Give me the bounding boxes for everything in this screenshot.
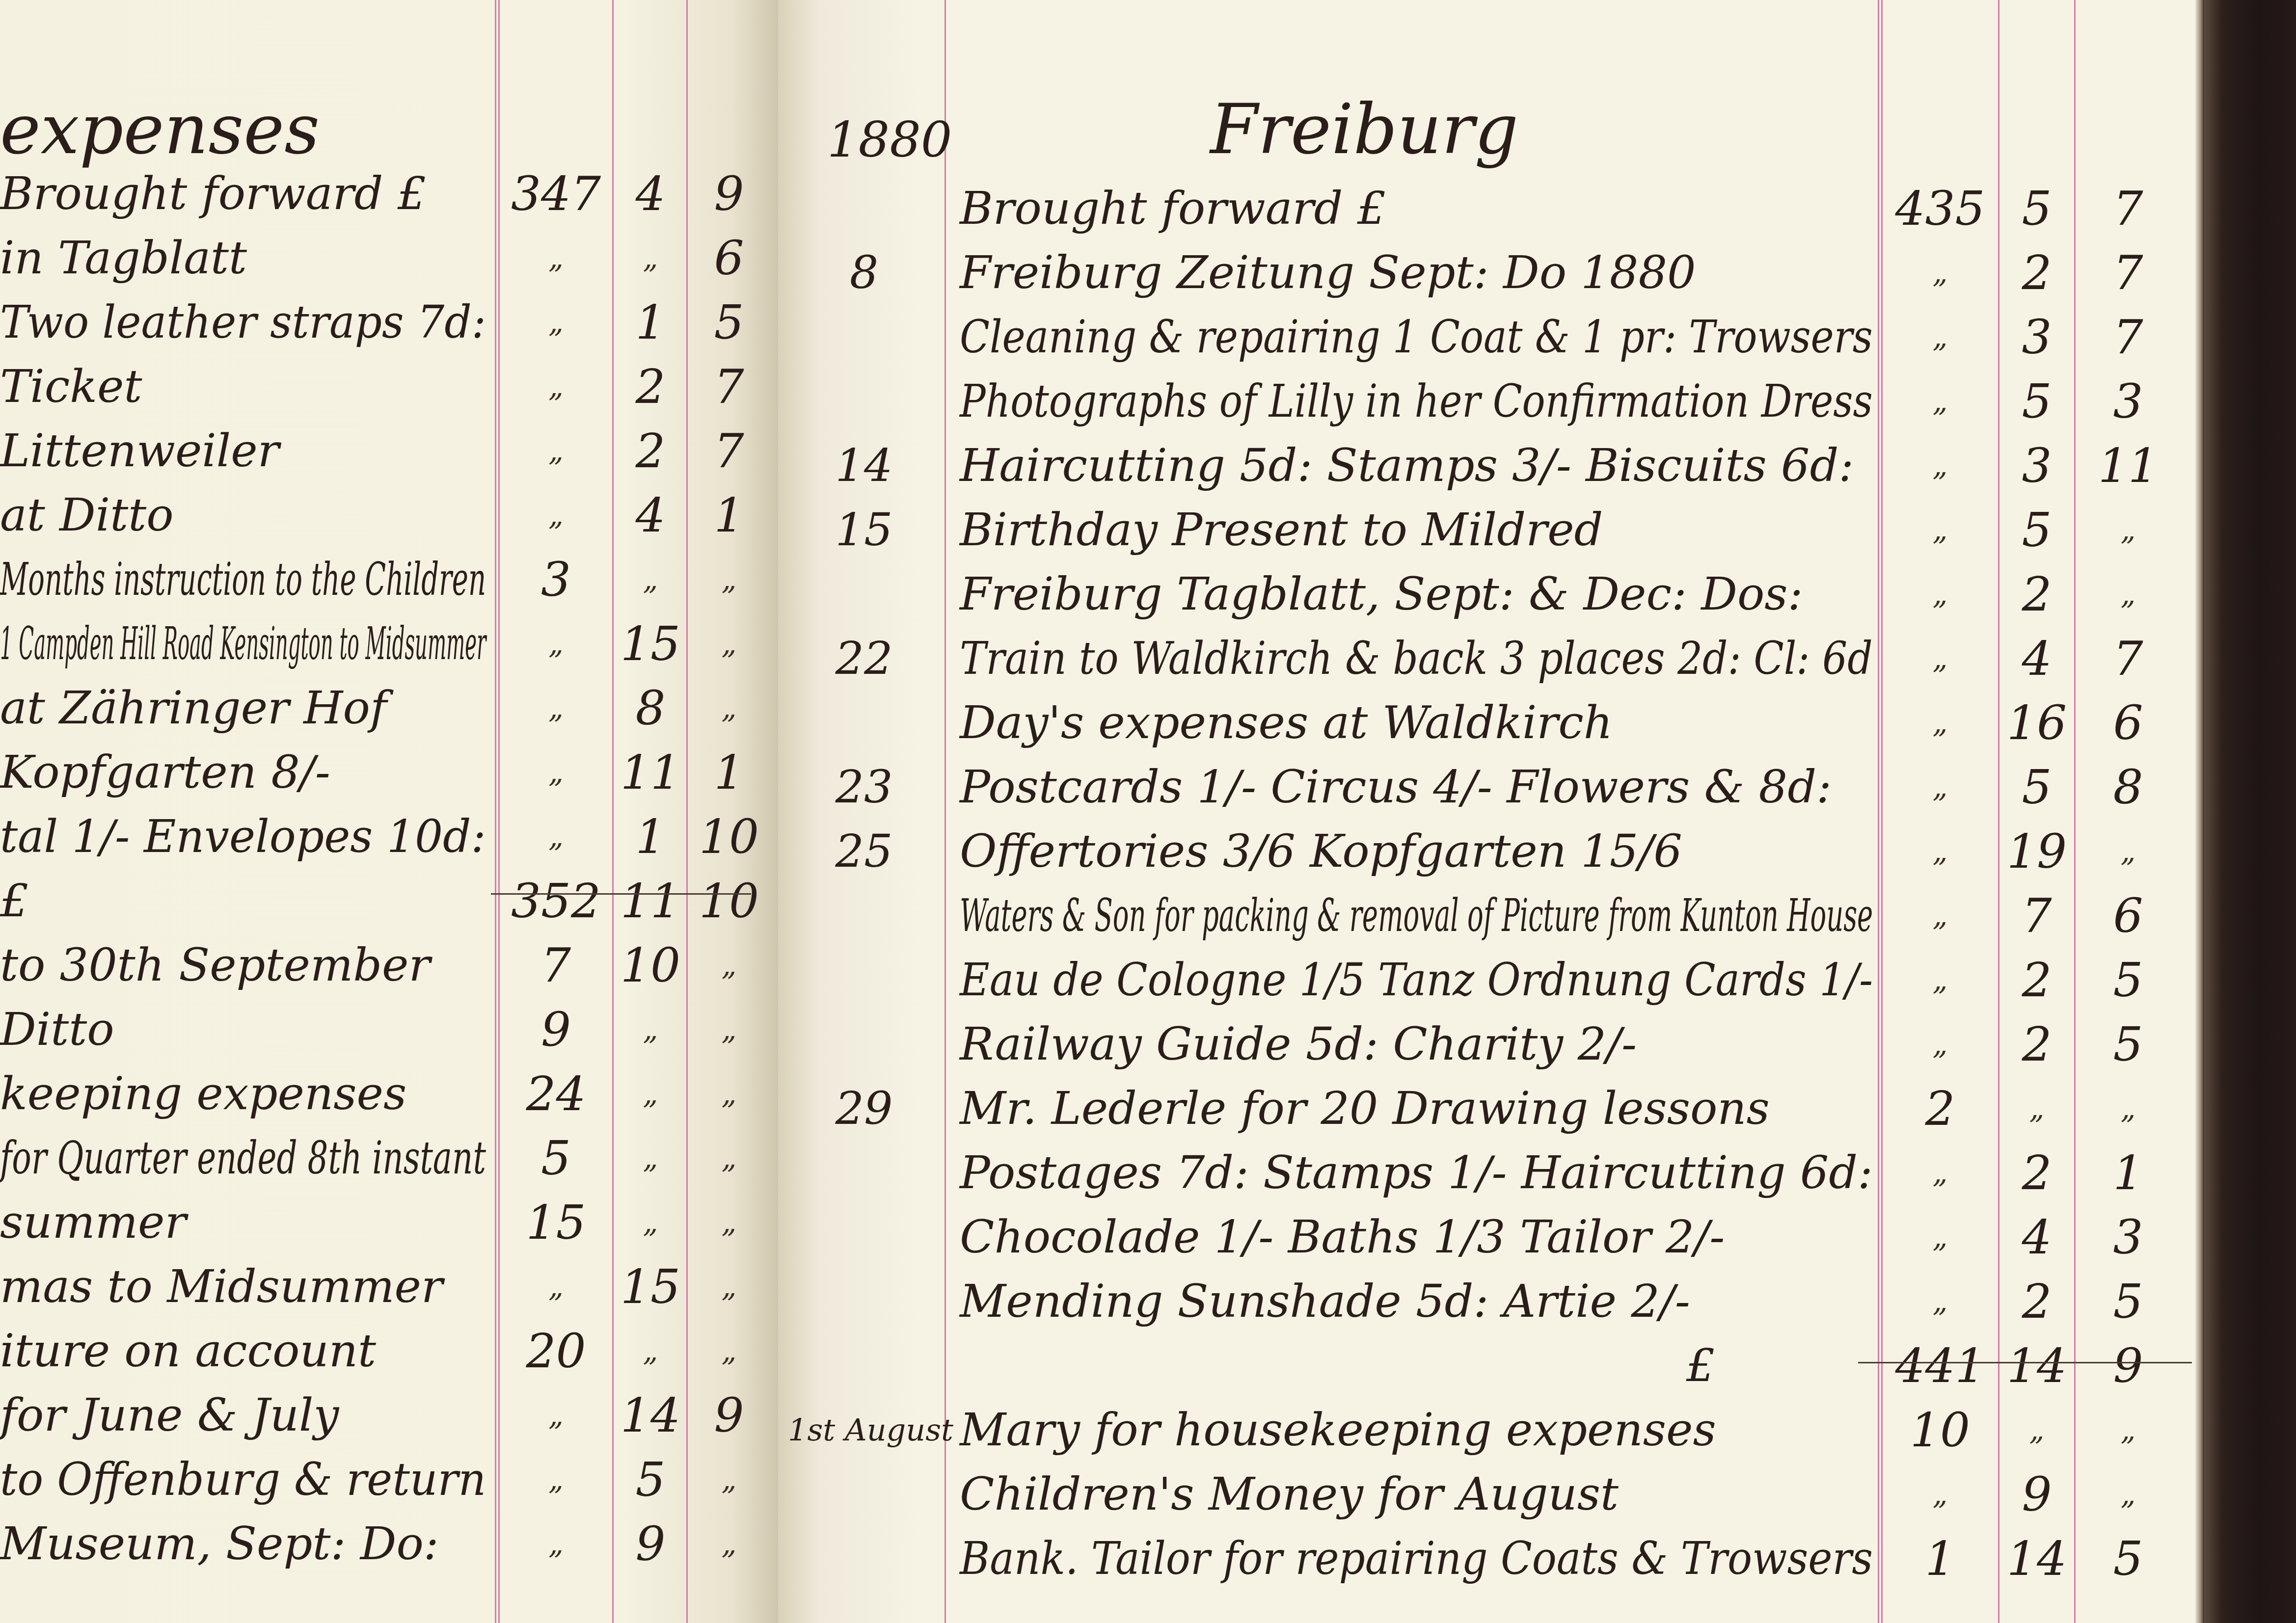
pounds-amount: „	[501, 612, 611, 676]
year-label: 1880	[827, 108, 952, 172]
entry-description: Offertories 3/6 Kopfgarten 15/6	[960, 820, 1682, 883]
shillings-amount: 7	[2000, 884, 2073, 948]
entry-date: 23	[788, 755, 940, 819]
ledger-row: Freiburg Tagblatt, Sept: & Dec: Dos:„2„	[778, 562, 2204, 626]
ledger-row: Chocolade 1/- Baths 1/3 Tailor 2/-„43	[778, 1205, 2204, 1269]
shillings-amount: 2	[2000, 1141, 2073, 1205]
shillings-amount: 5	[616, 1448, 685, 1512]
pounds-amount: 15	[501, 1191, 611, 1254]
entry-description: at Ditto	[0, 483, 174, 547]
entry-description: keeping expenses	[0, 1062, 406, 1126]
entry-description: Chocolade 1/- Baths 1/3 Tailor 2/-	[960, 1205, 1725, 1269]
ledger-row: keeping expenses24„„	[0, 1062, 778, 1126]
ledger-row: £441149	[778, 1334, 2204, 1398]
entry-description: Museum, Sept: Do:	[0, 1512, 439, 1576]
entry-description: to Offenburg & return	[0, 1448, 486, 1512]
pence-amount: 10	[690, 869, 768, 933]
pence-amount: „	[690, 1126, 768, 1190]
ledger-row: 1st AugustMary for housekeeping expenses…	[778, 1398, 2204, 1462]
pence-amount: „	[2079, 1463, 2177, 1526]
pounds-amount: 2	[1884, 1077, 1997, 1141]
pence-amount: 6	[690, 226, 768, 290]
entry-description: Littenweiler	[0, 419, 279, 483]
pounds-amount: „	[1884, 1141, 1997, 1205]
shillings-amount: 1	[616, 291, 685, 354]
ledger-row: Kopfgarten 8/-„111	[0, 741, 778, 804]
entry-description: summer	[0, 1191, 186, 1254]
pence-amount: „	[2079, 820, 2177, 883]
pence-amount: 8	[2079, 755, 2177, 819]
pounds-amount: 347	[501, 162, 611, 226]
pounds-amount: 20	[501, 1319, 611, 1383]
entry-date: 8	[788, 241, 940, 305]
pounds-amount: „	[1884, 370, 1997, 433]
entry-date: 22	[788, 627, 940, 691]
pounds-amount: „	[501, 226, 611, 290]
ledger-row: Museum, Sept: Do:„9„	[0, 1512, 778, 1576]
ledger-row: to 30th September710„	[0, 933, 778, 997]
pence-amount: 3	[2079, 370, 2177, 433]
shillings-amount: 8	[616, 676, 685, 740]
shillings-amount: 4	[616, 162, 685, 226]
pence-amount: 5	[2079, 1270, 2177, 1333]
ledger-row: 14Haircutting 5d: Stamps 3/- Biscuits 6d…	[778, 434, 2204, 498]
entry-date: 29	[788, 1077, 940, 1141]
ledger-row: 22Train to Waldkirch & back 3 places 2d:…	[778, 627, 2204, 691]
ledger-row: Mending Sunshade 5d: Artie 2/-„25	[778, 1270, 2204, 1333]
ledger-row: Children's Money for August„9„	[778, 1463, 2204, 1526]
entry-date: 1st August	[788, 1398, 940, 1462]
pounds-amount: 3	[501, 548, 611, 612]
pence-amount: „	[690, 1191, 768, 1254]
pence-amount: 5	[690, 291, 768, 354]
pounds-amount: 1	[1884, 1527, 1997, 1591]
pounds-amount: 9	[501, 998, 611, 1062]
shillings-amount: „	[616, 226, 685, 290]
pounds-amount: „	[501, 1384, 611, 1447]
pounds-amount: 441	[1884, 1334, 1997, 1398]
entry-description: Two leather straps 7d:	[0, 291, 486, 354]
ledger-row: Ticket„27	[0, 355, 778, 419]
ledger-row: for Quarter ended 8th instant5„„	[0, 1126, 778, 1190]
pence-amount: 9	[2079, 1334, 2177, 1398]
ledger-row: in Tagblatt„„6	[0, 226, 778, 290]
entry-date: 25	[788, 820, 940, 883]
pence-amount: „	[2079, 498, 2177, 562]
pence-amount: „	[690, 998, 768, 1062]
shillings-amount: 16	[2000, 691, 2073, 755]
entry-description: Brought forward £	[960, 177, 1386, 240]
ledger-row: for June & July„149	[0, 1384, 778, 1447]
pence-amount: „	[2079, 562, 2177, 626]
entry-description: Brought forward £	[0, 162, 426, 226]
shillings-amount: 2	[2000, 1270, 2073, 1333]
ledger-row: summer15„„	[0, 1191, 778, 1254]
pence-amount: „	[690, 1319, 768, 1383]
pence-amount: 11	[2079, 434, 2177, 498]
entry-date: 14	[788, 434, 940, 498]
ledger-row: Bank. Tailor for repairing Coats & Trows…	[778, 1527, 2204, 1591]
pounds-amount: „	[1884, 1012, 1997, 1076]
pence-amount: „	[690, 548, 768, 612]
pounds-amount: „	[501, 1448, 611, 1512]
ledger-row: at Ditto„41	[0, 483, 778, 547]
total-label: £	[1686, 1334, 1715, 1398]
pence-amount: 1	[690, 483, 768, 547]
shillings-amount: „	[2000, 1398, 2073, 1462]
shillings-amount: „	[616, 1062, 685, 1126]
shillings-amount: 3	[2000, 434, 2073, 498]
pounds-amount: „	[501, 419, 611, 483]
right-ledger-page: 1880 Freiburg Brought forward £435578Fre…	[778, 0, 2204, 1623]
shillings-amount: 11	[616, 869, 685, 933]
shillings-amount: 2	[2000, 562, 2073, 626]
shillings-amount: 4	[2000, 627, 2073, 691]
left-ledger-page: expenses Brought forward £34749in Tagbla…	[0, 0, 778, 1623]
shillings-amount: 2	[616, 419, 685, 483]
entry-description: mas to Midsummer	[0, 1255, 443, 1319]
page-heading-place: Freiburg	[1210, 98, 1518, 162]
pounds-amount: „	[501, 1255, 611, 1319]
pounds-amount: „	[501, 741, 611, 804]
pounds-amount: 24	[501, 1062, 611, 1126]
pounds-amount: „	[1884, 948, 1997, 1012]
pounds-amount: „	[1884, 627, 1997, 691]
entry-description: Haircutting 5d: Stamps 3/- Biscuits 6d:	[960, 434, 1854, 498]
pence-amount: 10	[690, 805, 768, 869]
shillings-amount: „	[616, 1191, 685, 1254]
ledger-row: 25Offertories 3/6 Kopfgarten 15/6„19„	[778, 820, 2204, 883]
ledger-row: 23Postcards 1/- Circus 4/- Flowers & 8d:…	[778, 755, 2204, 819]
entry-description: tal 1/- Envelopes 10d:	[0, 805, 486, 869]
book-binding	[2204, 0, 2296, 1623]
pounds-amount: „	[1884, 434, 1997, 498]
shillings-amount: 4	[2000, 1205, 2073, 1269]
pounds-amount: „	[1884, 305, 1997, 369]
pence-amount: 7	[690, 419, 768, 483]
shillings-amount: 11	[616, 741, 685, 804]
shillings-amount: 2	[2000, 241, 2073, 305]
pence-amount: „	[690, 933, 768, 997]
ledger-row: 1 Campden Hill Road Kensington to Midsum…	[0, 612, 778, 676]
shillings-amount: 14	[2000, 1527, 2073, 1591]
ledger-row: Brought forward £34749	[0, 162, 778, 226]
entry-description: Postcards 1/- Circus 4/- Flowers & 8d:	[960, 755, 1832, 819]
entry-description: Train to Waldkirch & back 3 places 2d: C…	[960, 627, 1873, 691]
total-line	[1858, 1362, 2192, 1363]
pounds-amount: „	[1884, 691, 1997, 755]
pence-amount: 7	[2079, 627, 2177, 691]
shillings-amount: 19	[2000, 820, 2073, 883]
ledger-row: Postages 7d: Stamps 1/- Haircutting 6d:„…	[778, 1141, 2204, 1205]
shillings-amount: 10	[616, 933, 685, 997]
pounds-amount: „	[1884, 241, 1997, 305]
page-edge	[2195, 0, 2204, 1623]
pounds-amount: „	[1884, 498, 1997, 562]
pence-amount: „	[690, 1255, 768, 1319]
pounds-amount: „	[501, 483, 611, 547]
entry-description: Freiburg Zeitung Sept: Do 1880	[960, 241, 1696, 305]
ledger-row: 8Freiburg Zeitung Sept: Do 1880„27	[778, 241, 2204, 305]
entry-description: for June & July	[0, 1384, 339, 1447]
shillings-amount: 2	[2000, 1012, 2073, 1076]
ledger-row: Ditto9„„	[0, 998, 778, 1062]
ledger-row: Months instruction to the Children3„„	[0, 548, 778, 612]
shillings-amount: 3	[2000, 305, 2073, 369]
pence-amount: 7	[2079, 241, 2177, 305]
entry-date: 15	[788, 498, 940, 562]
ledger-row: 29Mr. Lederle for 20 Drawing lessons2„„	[778, 1077, 2204, 1141]
pounds-amount: „	[1884, 884, 1997, 948]
shillings-amount: 5	[2000, 370, 2073, 433]
pounds-amount: „	[501, 291, 611, 354]
pence-amount: „	[2079, 1398, 2177, 1462]
shillings-amount: 9	[616, 1512, 685, 1576]
pounds-amount: „	[501, 676, 611, 740]
shillings-amount: „	[616, 548, 685, 612]
ledger-row: Brought forward £43557	[778, 177, 2204, 240]
shillings-amount: 5	[2000, 498, 2073, 562]
pence-amount: „	[690, 1062, 768, 1126]
entry-description: Kopfgarten 8/-	[0, 741, 330, 804]
pounds-amount: 7	[501, 933, 611, 997]
pounds-amount: „	[1884, 1270, 1997, 1333]
pence-amount: 5	[2079, 1012, 2177, 1076]
pence-amount: 5	[2079, 948, 2177, 1012]
shillings-amount: „	[2000, 1077, 2073, 1141]
shillings-amount: 1	[616, 805, 685, 869]
ledger-row: Two leather straps 7d:„15	[0, 291, 778, 354]
ledger-row: Day's expenses at Waldkirch„166	[778, 691, 2204, 755]
pence-amount: 3	[2079, 1205, 2177, 1269]
pence-amount: „	[690, 676, 768, 740]
ledger-row: Photographs of Lilly in her Confirmation…	[778, 370, 2204, 433]
shillings-amount: „	[616, 1126, 685, 1190]
pounds-amount: „	[1884, 1205, 1997, 1269]
ledger-row: to Offenburg & return„5„	[0, 1448, 778, 1512]
ledger-row: at Zähringer Hof„8„	[0, 676, 778, 740]
pounds-amount: 352	[501, 869, 611, 933]
entry-description: Photographs of Lilly in her Confirmation…	[960, 370, 1873, 433]
shillings-amount: „	[616, 1319, 685, 1383]
pounds-amount: „	[1884, 755, 1997, 819]
entry-description: Postages 7d: Stamps 1/- Haircutting 6d:	[960, 1141, 1873, 1205]
ledger-row: Littenweiler„27	[0, 419, 778, 483]
pounds-amount: 435	[1884, 177, 1997, 240]
entry-description: Months instruction to the Children	[0, 548, 486, 612]
ledger-row: Eau de Cologne 1/5 Tanz Ordnung Cards 1/…	[778, 948, 2204, 1012]
entry-description: Eau de Cologne 1/5 Tanz Ordnung Cards 1/…	[960, 948, 1873, 1012]
entry-description: Mary for housekeeping expenses	[960, 1398, 1716, 1462]
pence-amount: 7	[2079, 177, 2177, 240]
entry-description: iture on account	[0, 1319, 376, 1383]
entry-description: Freiburg Tagblatt, Sept: & Dec: Dos:	[960, 562, 1803, 626]
pence-amount: 9	[690, 162, 768, 226]
shillings-amount: 5	[2000, 177, 2073, 240]
subtotal-line	[491, 893, 751, 895]
ledger-row: 15Birthday Present to Mildred„5„	[778, 498, 2204, 562]
ledger-row: Railway Guide 5d: Charity 2/-„25	[778, 1012, 2204, 1076]
pounds-amount: „	[1884, 562, 1997, 626]
entry-description: in Tagblatt	[0, 226, 247, 290]
pence-amount: 1	[2079, 1141, 2177, 1205]
ledger-row: mas to Midsummer„15„	[0, 1255, 778, 1319]
pence-amount: 5	[2079, 1527, 2177, 1591]
pence-amount: 7	[690, 355, 768, 419]
pence-amount: „	[690, 612, 768, 676]
total-label: £	[0, 869, 29, 933]
entry-description: Mending Sunshade 5d: Artie 2/-	[960, 1270, 1690, 1333]
entry-description: Children's Money for August	[960, 1463, 1619, 1526]
pence-amount: „	[690, 1512, 768, 1576]
pounds-amount: „	[1884, 820, 1997, 883]
shillings-amount: 2	[616, 355, 685, 419]
entry-description: Ticket	[0, 355, 142, 419]
pounds-amount: „	[501, 355, 611, 419]
pence-amount: „	[2079, 1077, 2177, 1141]
entry-description: Ditto	[0, 998, 114, 1062]
entry-description: Waters & Son for packing & removal of Pi…	[960, 884, 1873, 948]
entry-description: Cleaning & repairing 1 Coat & 1 pr: Trow…	[960, 305, 1873, 369]
ledger-row: iture on account20„„	[0, 1319, 778, 1383]
pounds-amount: „	[1884, 1463, 1997, 1526]
shillings-amount: 5	[2000, 755, 2073, 819]
left-page-heading: expenses	[0, 98, 320, 162]
entry-description: at Zähringer Hof	[0, 676, 387, 740]
shillings-amount: 14	[616, 1384, 685, 1447]
shillings-amount: 9	[2000, 1463, 2073, 1526]
pence-amount: 7	[2079, 305, 2177, 369]
entry-description: 1 Campden Hill Road Kensington to Midsum…	[0, 612, 486, 676]
ledger-row: Cleaning & repairing 1 Coat & 1 pr: Trow…	[778, 305, 2204, 369]
pounds-amount: 5	[501, 1126, 611, 1190]
pence-amount: 9	[690, 1384, 768, 1447]
shillings-amount: 15	[616, 1255, 685, 1319]
entry-description: to 30th September	[0, 933, 430, 997]
pounds-amount: „	[501, 1512, 611, 1576]
shillings-amount: 2	[2000, 948, 2073, 1012]
ledger-row: tal 1/- Envelopes 10d:„110	[0, 805, 778, 869]
entry-description: Bank. Tailor for repairing Coats & Trows…	[960, 1527, 1873, 1591]
ledger-row: £3521110	[0, 869, 778, 933]
pence-amount: 6	[2079, 884, 2177, 948]
entry-description: Birthday Present to Mildred	[960, 498, 1603, 562]
pounds-amount: „	[501, 805, 611, 869]
shillings-amount: 15	[616, 612, 685, 676]
entry-description: Day's expenses at Waldkirch	[960, 691, 1613, 755]
shillings-amount: 4	[616, 483, 685, 547]
ledger-row: Waters & Son for packing & removal of Pi…	[778, 884, 2204, 948]
pence-amount: „	[690, 1448, 768, 1512]
shillings-amount: „	[616, 998, 685, 1062]
shillings-amount: 14	[2000, 1334, 2073, 1398]
pounds-amount: 10	[1884, 1398, 1997, 1462]
pence-amount: 6	[2079, 691, 2177, 755]
entry-description: Mr. Lederle for 20 Drawing lessons	[960, 1077, 1770, 1141]
entry-description: for Quarter ended 8th instant	[0, 1126, 486, 1190]
pence-amount: 1	[690, 741, 768, 804]
entry-description: Railway Guide 5d: Charity 2/-	[960, 1012, 1637, 1076]
